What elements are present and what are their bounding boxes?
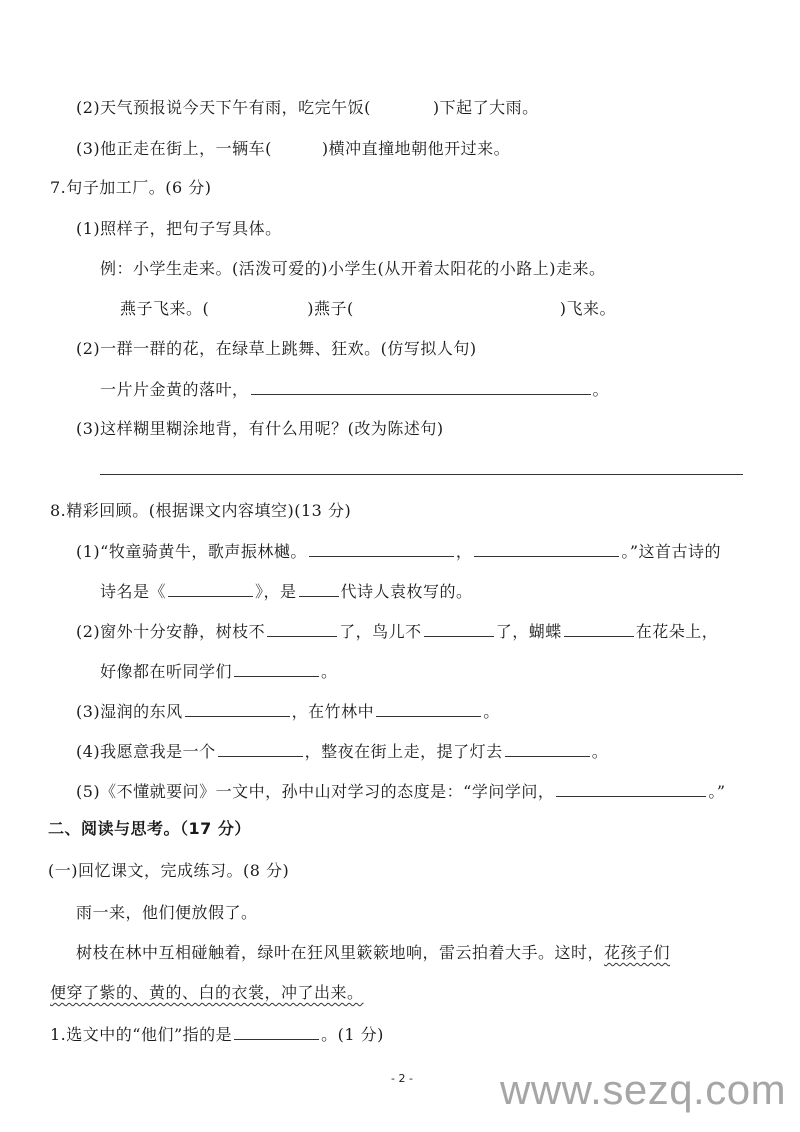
q8-item-2-p4: 在花朵上， [636,622,719,641]
q8-item-1-line-2: 诗名是《》，是代诗人袁枚写的。 [100,580,473,603]
q8-item-2-p1: (2)窗外十分安静，树枝不 [76,622,265,641]
q8-item-2-line-2-suffix: 。 [321,662,338,681]
q8-item-3-blank-2[interactable] [376,700,481,717]
q8-item-1-line-2-suffix: 代诗人袁枚写的。 [341,582,473,601]
watermark: www.sezq.com [500,1066,786,1114]
q7-item-1-instruction: (1)照样子，把句子写具体。 [76,218,282,240]
section-2-title: 二、阅读与思考。（17 分） [48,818,251,840]
q8-item-1-blank-2[interactable] [474,540,619,557]
q8-title: 8.精彩回顾。(根据课文内容填空)(13 分) [50,500,351,522]
q8-item-1-comma: ， [456,542,473,561]
q8-item-4-p2: ，整夜在街上走，提了灯去 [305,742,503,761]
q7-title: 7.句子加工厂。(6 分) [50,177,212,199]
q8-item-1-line-1: (1)“牧童骑黄牛，歌声振林樾。，。”这首古诗的 [76,540,721,563]
passage-line-3: 便穿了紫的、黄的、白的衣裳，冲了出来。 [50,982,364,1004]
q8-poem-title-blank[interactable] [168,580,253,597]
q8-item-5-blank[interactable] [556,780,706,797]
q6-item-2: (2)天气预报说今天下午有雨，吃完午饭()下起了大雨。 [76,97,539,119]
q8-item-5-p1: (5)《不懂就要问》一文中，孙中山对学习的态度是：“学问学问， [76,782,554,801]
section-2-question-1: 1.选文中的“他们”指的是。(1 分) [50,1023,384,1046]
q8-item-2-blank-2[interactable] [424,620,494,637]
q8-item-3-p3: 。 [483,702,500,721]
q6-item-3-prefix: (3)他正走在街上，一辆车( [76,139,272,158]
q8-item-3-p2: ，在竹林中 [292,702,375,721]
passage-line-1: 雨一来，他们便放假了。 [76,902,258,924]
q8-item-2-blank-4[interactable] [234,660,319,677]
q8-item-2-line-2: 好像都在听同学们。 [100,660,338,683]
page-number: - 2 - [391,1072,413,1085]
q8-item-2-line-2-prefix: 好像都在听同学们 [100,662,232,681]
q8-item-3: (3)湿润的东风，在竹林中。 [76,700,500,723]
q8-item-1-suffix: 。”这首古诗的 [621,542,721,561]
q8-item-4-blank-1[interactable] [218,740,303,757]
question-1-prefix: 1.选文中的“他们”指的是 [50,1025,232,1044]
q7-item-2-blank[interactable] [251,378,591,395]
q8-item-3-p1: (3)湿润的东风 [76,702,183,721]
exercise-part-2: )燕子( [307,299,354,318]
exercise-part-3: )飞来。 [560,299,616,318]
q8-item-2-p3: 了，蝴蝶 [496,622,562,641]
q8-item-4: (4)我愿意我是一个，整夜在街上走，提了灯去。 [76,740,608,763]
q8-item-5-p2: 。” [708,782,725,801]
q7-item-2-answer-line: 一片片金黄的落叶，。 [100,378,609,401]
q7-item-2-prompt: 一片片金黄的落叶， [100,380,249,399]
q8-item-4-blank-2[interactable] [505,740,590,757]
q8-item-1-prefix: (1)“牧童骑黄牛，歌声振林樾。 [76,542,307,561]
q7-item-2-instruction: (2)一群一群的花，在绿草上跳舞、狂欢。(仿写拟人句) [76,338,477,360]
passage-wavy-underline-1: 花孩子们 [604,943,670,962]
passage-line-2-text: 树枝在林中互相碰触着，绿叶在狂风里簌簌地响，雷云拍着大手。这时， [76,943,604,962]
q8-item-1-blank-1[interactable] [309,540,454,557]
q8-item-4-p1: (4)我愿意我是一个 [76,742,216,761]
q8-item-2-line-1: (2)窗外十分安静，树枝不了，鸟儿不了，蝴蝶在花朵上， [76,620,718,643]
q6-item-3: (3)他正走在街上，一辆车()横冲直撞地朝他开过来。 [76,138,510,160]
question-1-suffix: 。(1 分) [321,1025,384,1044]
q8-item-5: (5)《不懂就要问》一文中，孙中山对学习的态度是：“学问学问，。” [76,780,726,803]
q8-item-2-blank-1[interactable] [267,620,337,637]
question-1-blank[interactable] [234,1023,319,1040]
q7-item-3-instruction: (3)这样糊里糊涂地背，有什么用呢？(改为陈述句) [76,418,444,440]
q6-item-2-prefix: (2)天气预报说今天下午有雨，吃完午饭( [76,98,371,117]
passage-line-2: 树枝在林中互相碰触着，绿叶在狂风里簌簌地响，雷云拍着大手。这时，花孩子们 [76,942,670,964]
passage-wavy-underline-2: 便穿了紫的、黄的、白的衣裳，冲了出来。 [50,983,364,1002]
exercise-part-1: 燕子飞来。( [120,299,209,318]
q7-item-3-answer-blank[interactable] [100,474,743,475]
q8-item-1-line-2-prefix: 诗名是《 [100,582,166,601]
q8-item-4-p3: 。 [592,742,609,761]
q7-item-2-end: 。 [593,380,610,399]
q6-item-2-suffix: )下起了大雨。 [433,98,539,117]
q8-item-3-blank-1[interactable] [185,700,290,717]
q6-item-3-suffix: )横冲直撞地朝他开过来。 [322,139,510,158]
section-2-part-1-title: (一)回忆课文，完成练习。(8 分) [48,860,289,882]
q7-item-1-exercise: 燕子飞来。()燕子()飞来。 [120,298,616,320]
q8-item-2-blank-3[interactable] [564,620,634,637]
q7-item-1-example: 例：小学生走来。(活泼可爱的)小学生(从开着太阳花的小路上)走来。 [100,258,605,280]
q8-dynasty-blank[interactable] [299,580,339,597]
q8-item-2-p2: 了，鸟儿不 [339,622,422,641]
q8-item-1-line-2-mid: 》，是 [255,582,297,601]
